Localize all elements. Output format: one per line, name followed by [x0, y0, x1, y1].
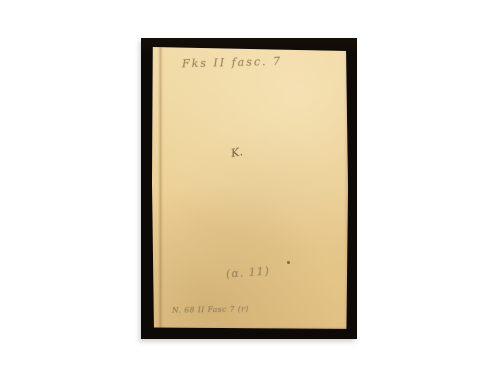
top-inscription: Fks II fasc. 7: [182, 55, 282, 71]
paper-bottom-edge-shadow: [152, 326, 348, 330]
photograph-of-manuscript-cover: Fks II fasc. 7 K. (α. 11) N. 68 II Fasc …: [0, 0, 500, 380]
center-pencil-mark: K.: [230, 145, 244, 160]
manuscript-cover-paper: Fks II fasc. 7 K. (α. 11) N. 68 II Fasc …: [152, 47, 348, 330]
black-photo-mat: Fks II fasc. 7 K. (α. 11) N. 68 II Fasc …: [141, 38, 357, 339]
binding-crease: [158, 47, 164, 330]
paper-speck: [287, 261, 290, 264]
paper-right-edge-shadow: [344, 47, 348, 330]
parenthetical-note: (α. 11): [226, 264, 271, 280]
bottom-shelfmark-label: N. 68 II Fasc 7 (r): [172, 304, 249, 314]
